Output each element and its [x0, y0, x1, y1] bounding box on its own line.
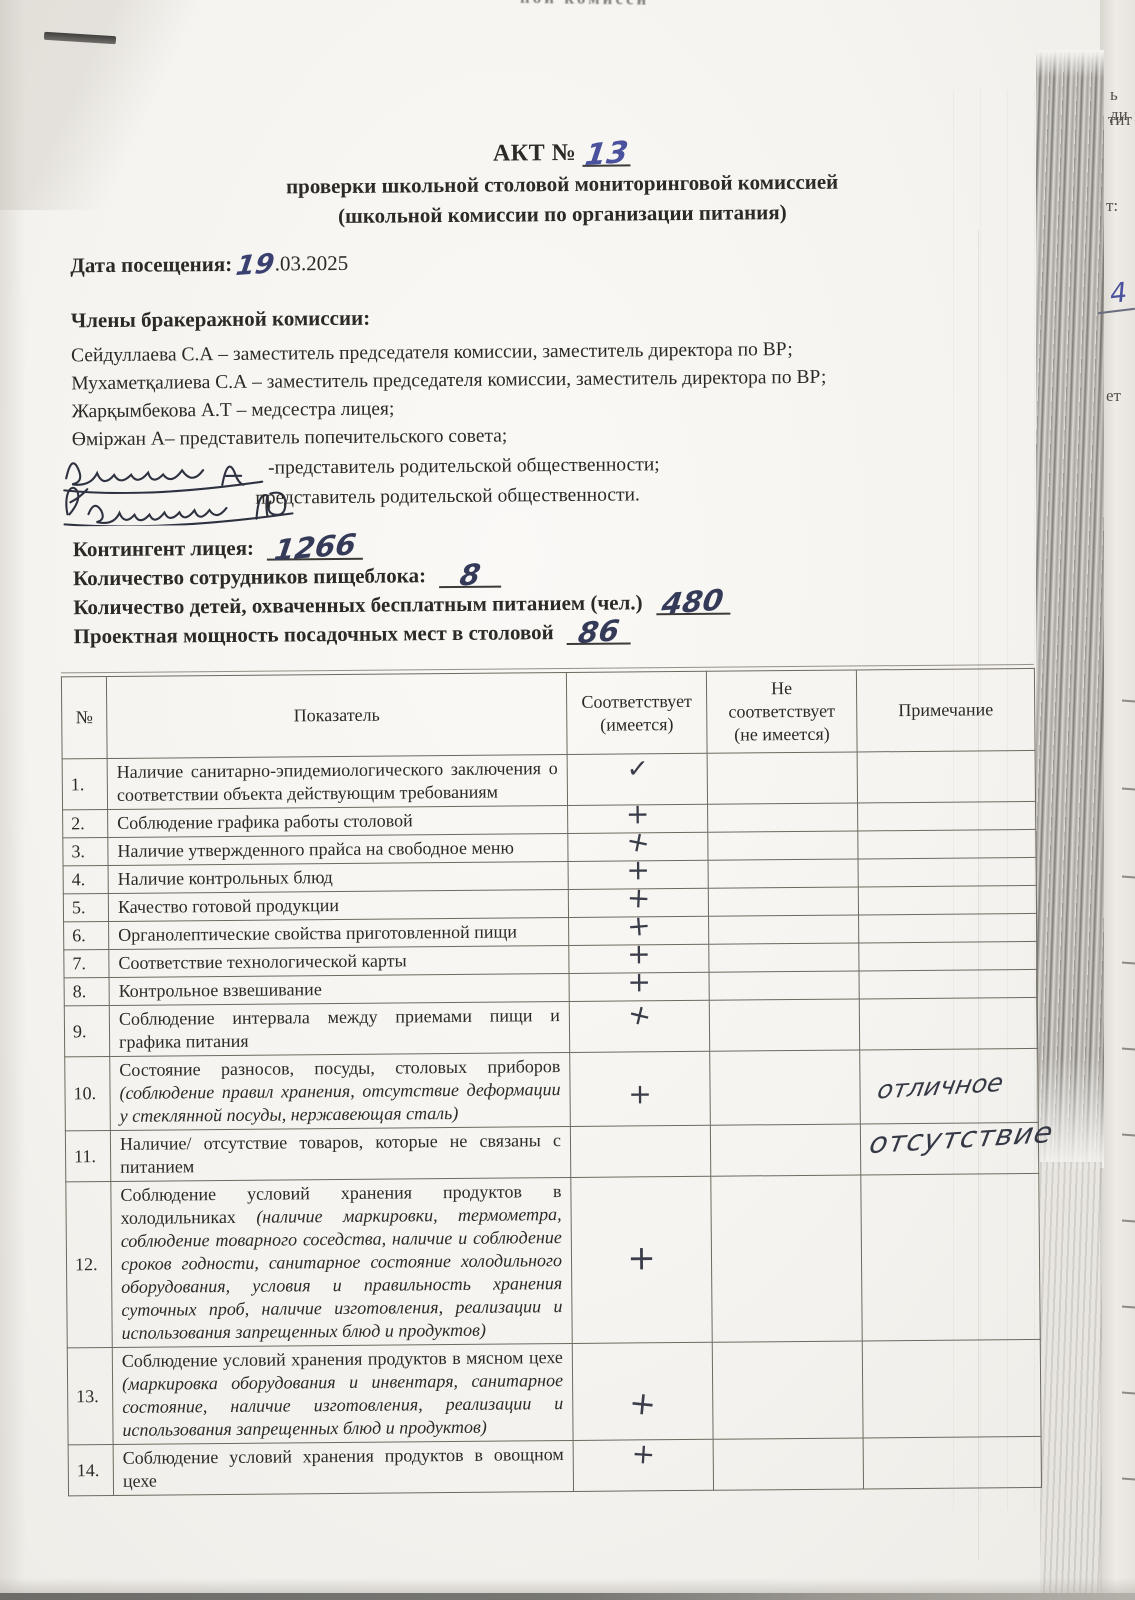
handwritten-stat-value: 480 [660, 586, 725, 620]
checklist-table-wrap: № Показатель Соответствует (имеется) Не … [61, 664, 1041, 1497]
visit-date-rest: .03.2025 [275, 251, 349, 276]
note-cell [858, 886, 1036, 916]
row-number: 14. [68, 1445, 113, 1496]
indicator-text: Соблюдение графика работы столовой [117, 810, 413, 833]
note-cell [857, 751, 1035, 804]
plus-mark: + [627, 940, 651, 968]
stat-label: Проектная мощность посадочных мест в сто… [73, 620, 553, 648]
indicator-cell: Качество готовой продукции [108, 890, 568, 922]
plus-mark: + [625, 999, 654, 1032]
indicator-text: Наличие утвержденного прайса на свободно… [117, 838, 514, 861]
no-match-cell [711, 1175, 862, 1342]
note-cell: отличное [860, 1049, 1039, 1125]
note-cell [859, 970, 1037, 1000]
header-num: № [61, 677, 107, 759]
visit-date-line: Дата посещения:19.03.2025 [70, 248, 348, 278]
header-match-text: Соответствует (имеется) [570, 689, 703, 736]
handwritten-stat-value: 8 [458, 560, 482, 591]
stat-value-underline: 8 [439, 556, 501, 589]
plus-mark: + [626, 912, 652, 942]
handwritten-date-day: 19 [234, 250, 276, 280]
plus-mark: + [628, 1080, 652, 1108]
indicator-cell: Наличие контрольных блюд [108, 862, 568, 894]
table-row: 9.Соблюдение интервала между приемами пи… [64, 998, 1037, 1057]
indicator-text: Соблюдение условий хранения продуктов в … [122, 1347, 563, 1371]
checklist-body: 1.Наличие санитарно-эпидемиологического … [62, 751, 1041, 1496]
plus-mark: + [627, 1241, 656, 1275]
header-match: Соответствует (имеется) [566, 671, 707, 754]
no-match-cell [713, 1438, 863, 1490]
note-cell [863, 1436, 1041, 1489]
plus-mark: + [627, 968, 651, 996]
no-match-cell [708, 831, 858, 860]
handwritten-note: отличное [875, 1070, 1005, 1103]
no-match-cell [709, 999, 859, 1051]
note-cell [858, 858, 1036, 888]
table-header: № Показатель Соответствует (имеется) Не … [61, 668, 1035, 759]
match-cell: + [570, 1051, 711, 1126]
no-match-cell [709, 943, 859, 972]
indicator-cell: Соответствие технологической карты [109, 946, 569, 978]
no-match-cell [707, 752, 857, 804]
row-number: 3. [63, 838, 108, 866]
note-cell [858, 802, 1036, 832]
act-label: АКТ № [493, 140, 577, 167]
row-number: 8. [64, 978, 109, 1006]
table-row: 12.Соблюдение условий хранения продуктов… [66, 1173, 1040, 1347]
row-number: 5. [63, 894, 108, 922]
indicator-text-italic: (соблюдение правил хранения, отсутствие … [119, 1079, 560, 1126]
match-cell: + [568, 832, 708, 861]
indicator-text: Соблюдение условий хранения продуктов в … [123, 1444, 564, 1491]
stat-line: Количество детей, охваченных бесплатным … [73, 583, 730, 618]
indicator-text-italic: (маркировка оборудования и инвентаря, са… [122, 1370, 563, 1440]
table-row: 10.Состояние разносов, посуды, столовых … [65, 1049, 1039, 1131]
note-cell [861, 1173, 1040, 1341]
indicator-text: Состояние разносов, посуды, столовых при… [119, 1056, 560, 1080]
note-cell [859, 998, 1037, 1051]
stat-value-underline: 480 [656, 583, 730, 616]
indicator-text: Соблюдение интервала между приемами пищи… [119, 1005, 560, 1052]
indicator-text: Органолептические свойства приготовленно… [118, 922, 517, 945]
match-cell: + [571, 1176, 712, 1343]
no-match-cell [708, 859, 858, 888]
indicator-cell: Наличие утвержденного прайса на свободно… [108, 834, 568, 866]
note-cell [858, 830, 1036, 860]
handwritten-stat-value: 1266 [272, 530, 358, 565]
no-match-cell [709, 915, 859, 944]
checklist-table: № Показатель Соответствует (имеется) Не … [61, 668, 1042, 1497]
indicator-cell: Состояние разносов, посуды, столовых при… [110, 1053, 571, 1131]
indicator-text: Качество готовой продукции [118, 895, 339, 917]
stats-section: Контингент лицея: 1266 Количество сотруд… [73, 525, 731, 647]
header-note: Примечание [856, 668, 1035, 752]
no-match-cell [709, 971, 859, 1000]
check-mark: ✓ [626, 756, 649, 783]
visit-date-label: Дата посещения: [70, 252, 232, 277]
handwritten-act-number: 13 [583, 138, 630, 171]
note-cell [862, 1339, 1041, 1438]
indicator-text: Наличие/ отсутствие товаров, которые не … [120, 1130, 561, 1177]
title-subtitle-1: проверки школьной столовой мониторингово… [0, 167, 1130, 202]
no-match-cell [708, 803, 858, 832]
indicator-cell: Органолептические свойства приготовленно… [109, 918, 569, 950]
row-number: 9. [64, 1006, 109, 1057]
table-row: 14.Соблюдение условий хранения продуктов… [68, 1436, 1041, 1495]
no-match-cell [710, 1050, 861, 1125]
commission-member-text: представитель родительской общественност… [255, 481, 640, 512]
plus-mark: + [631, 1440, 656, 1469]
indicator-cell: Контрольное взвешивание [109, 974, 569, 1006]
indicator-cell: Соблюдение условий хранения продуктов в … [113, 1441, 573, 1496]
match-cell [570, 1125, 710, 1177]
indicator-text: Соответствие технологической карты [118, 951, 406, 974]
handwritten-note: отсутствие [867, 1118, 1056, 1158]
row-number: 1. [62, 759, 107, 810]
row-number: 6. [64, 922, 109, 950]
note-cell [859, 942, 1037, 972]
note-cell: отсутствие [860, 1122, 1038, 1175]
match-cell: + [569, 1000, 709, 1052]
indicator-cell: Наличие санитарно-эпидемиологического за… [107, 755, 567, 810]
no-match-cell [708, 887, 858, 916]
stat-line: Проектная мощность посадочных мест в сто… [73, 612, 730, 647]
act-number-underline: 13 [583, 133, 631, 166]
indicator-text: Наличие санитарно-эпидемиологического за… [117, 758, 558, 805]
row-number: 13. [67, 1348, 113, 1445]
act-title-line: АКТ № 13 [0, 129, 1129, 172]
indicator-cell: Соблюдение графика работы столовой [108, 806, 568, 838]
table-row: 11.Наличие/ отсутствие товаров, которые … [65, 1122, 1038, 1181]
scanned-document-page: ной комисси ь ди тит т: 4 ет АКТ № 13 пр… [0, 0, 1135, 1600]
document-content: АКТ № 13 проверки школьной столовой мони… [0, 0, 1135, 1600]
handwritten-stat-value: 86 [577, 616, 622, 648]
stat-value-underline: 1266 [267, 528, 363, 561]
match-cell: + [569, 916, 709, 945]
header-row: № Показатель Соответствует (имеется) Не … [61, 668, 1035, 759]
table-row: 13.Соблюдение условий хранения продуктов… [67, 1339, 1041, 1444]
row-number: 12. [66, 1182, 112, 1348]
document-title: АКТ № 13 проверки школьной столовой мони… [0, 129, 1130, 232]
no-match-cell [712, 1341, 863, 1439]
match-cell: + [573, 1439, 713, 1491]
row-number: 2. [63, 810, 108, 838]
row-number: 4. [63, 866, 108, 894]
match-cell: + [572, 1342, 713, 1440]
row-number: 10. [65, 1057, 111, 1131]
header-no-match: Не соответствует (не имеется) [706, 670, 857, 753]
plus-mark: + [628, 1386, 658, 1420]
commission-member-text: -представитель родительской общественнос… [268, 451, 660, 482]
indicator-cell: Наличие/ отсутствие товаров, которые не … [110, 1127, 570, 1182]
indicator-text: Наличие контрольных блюд [118, 867, 333, 889]
table-row: 1.Наличие санитарно-эпидемиологического … [62, 751, 1035, 810]
title-subtitle-2: (школьной комиссии по организации питани… [0, 197, 1130, 232]
indicator-text: Контрольное взвешивание [119, 979, 322, 1001]
header-no-match-text: Не соответствует (не имеется) [721, 677, 842, 747]
commission-heading: Члены бракеражной комиссии: [71, 301, 961, 334]
no-match-cell [710, 1124, 860, 1176]
row-number: 7. [64, 950, 109, 978]
indicator-cell: Соблюдение условий хранения продуктов в … [112, 1344, 573, 1445]
row-number: 11. [65, 1131, 110, 1182]
header-indicator: Показатель [106, 673, 567, 759]
stat-value-underline: 86 [567, 612, 631, 645]
commission-member: представитель родительской общественност… [72, 477, 962, 515]
indicator-cell: Соблюдение условий хранения продуктов в … [111, 1178, 572, 1348]
note-cell [859, 914, 1037, 944]
indicator-cell: Соблюдение интервала между приемами пищи… [109, 1002, 569, 1057]
commission-section: Члены бракеражной комиссии: Сейдуллаева … [71, 301, 963, 515]
